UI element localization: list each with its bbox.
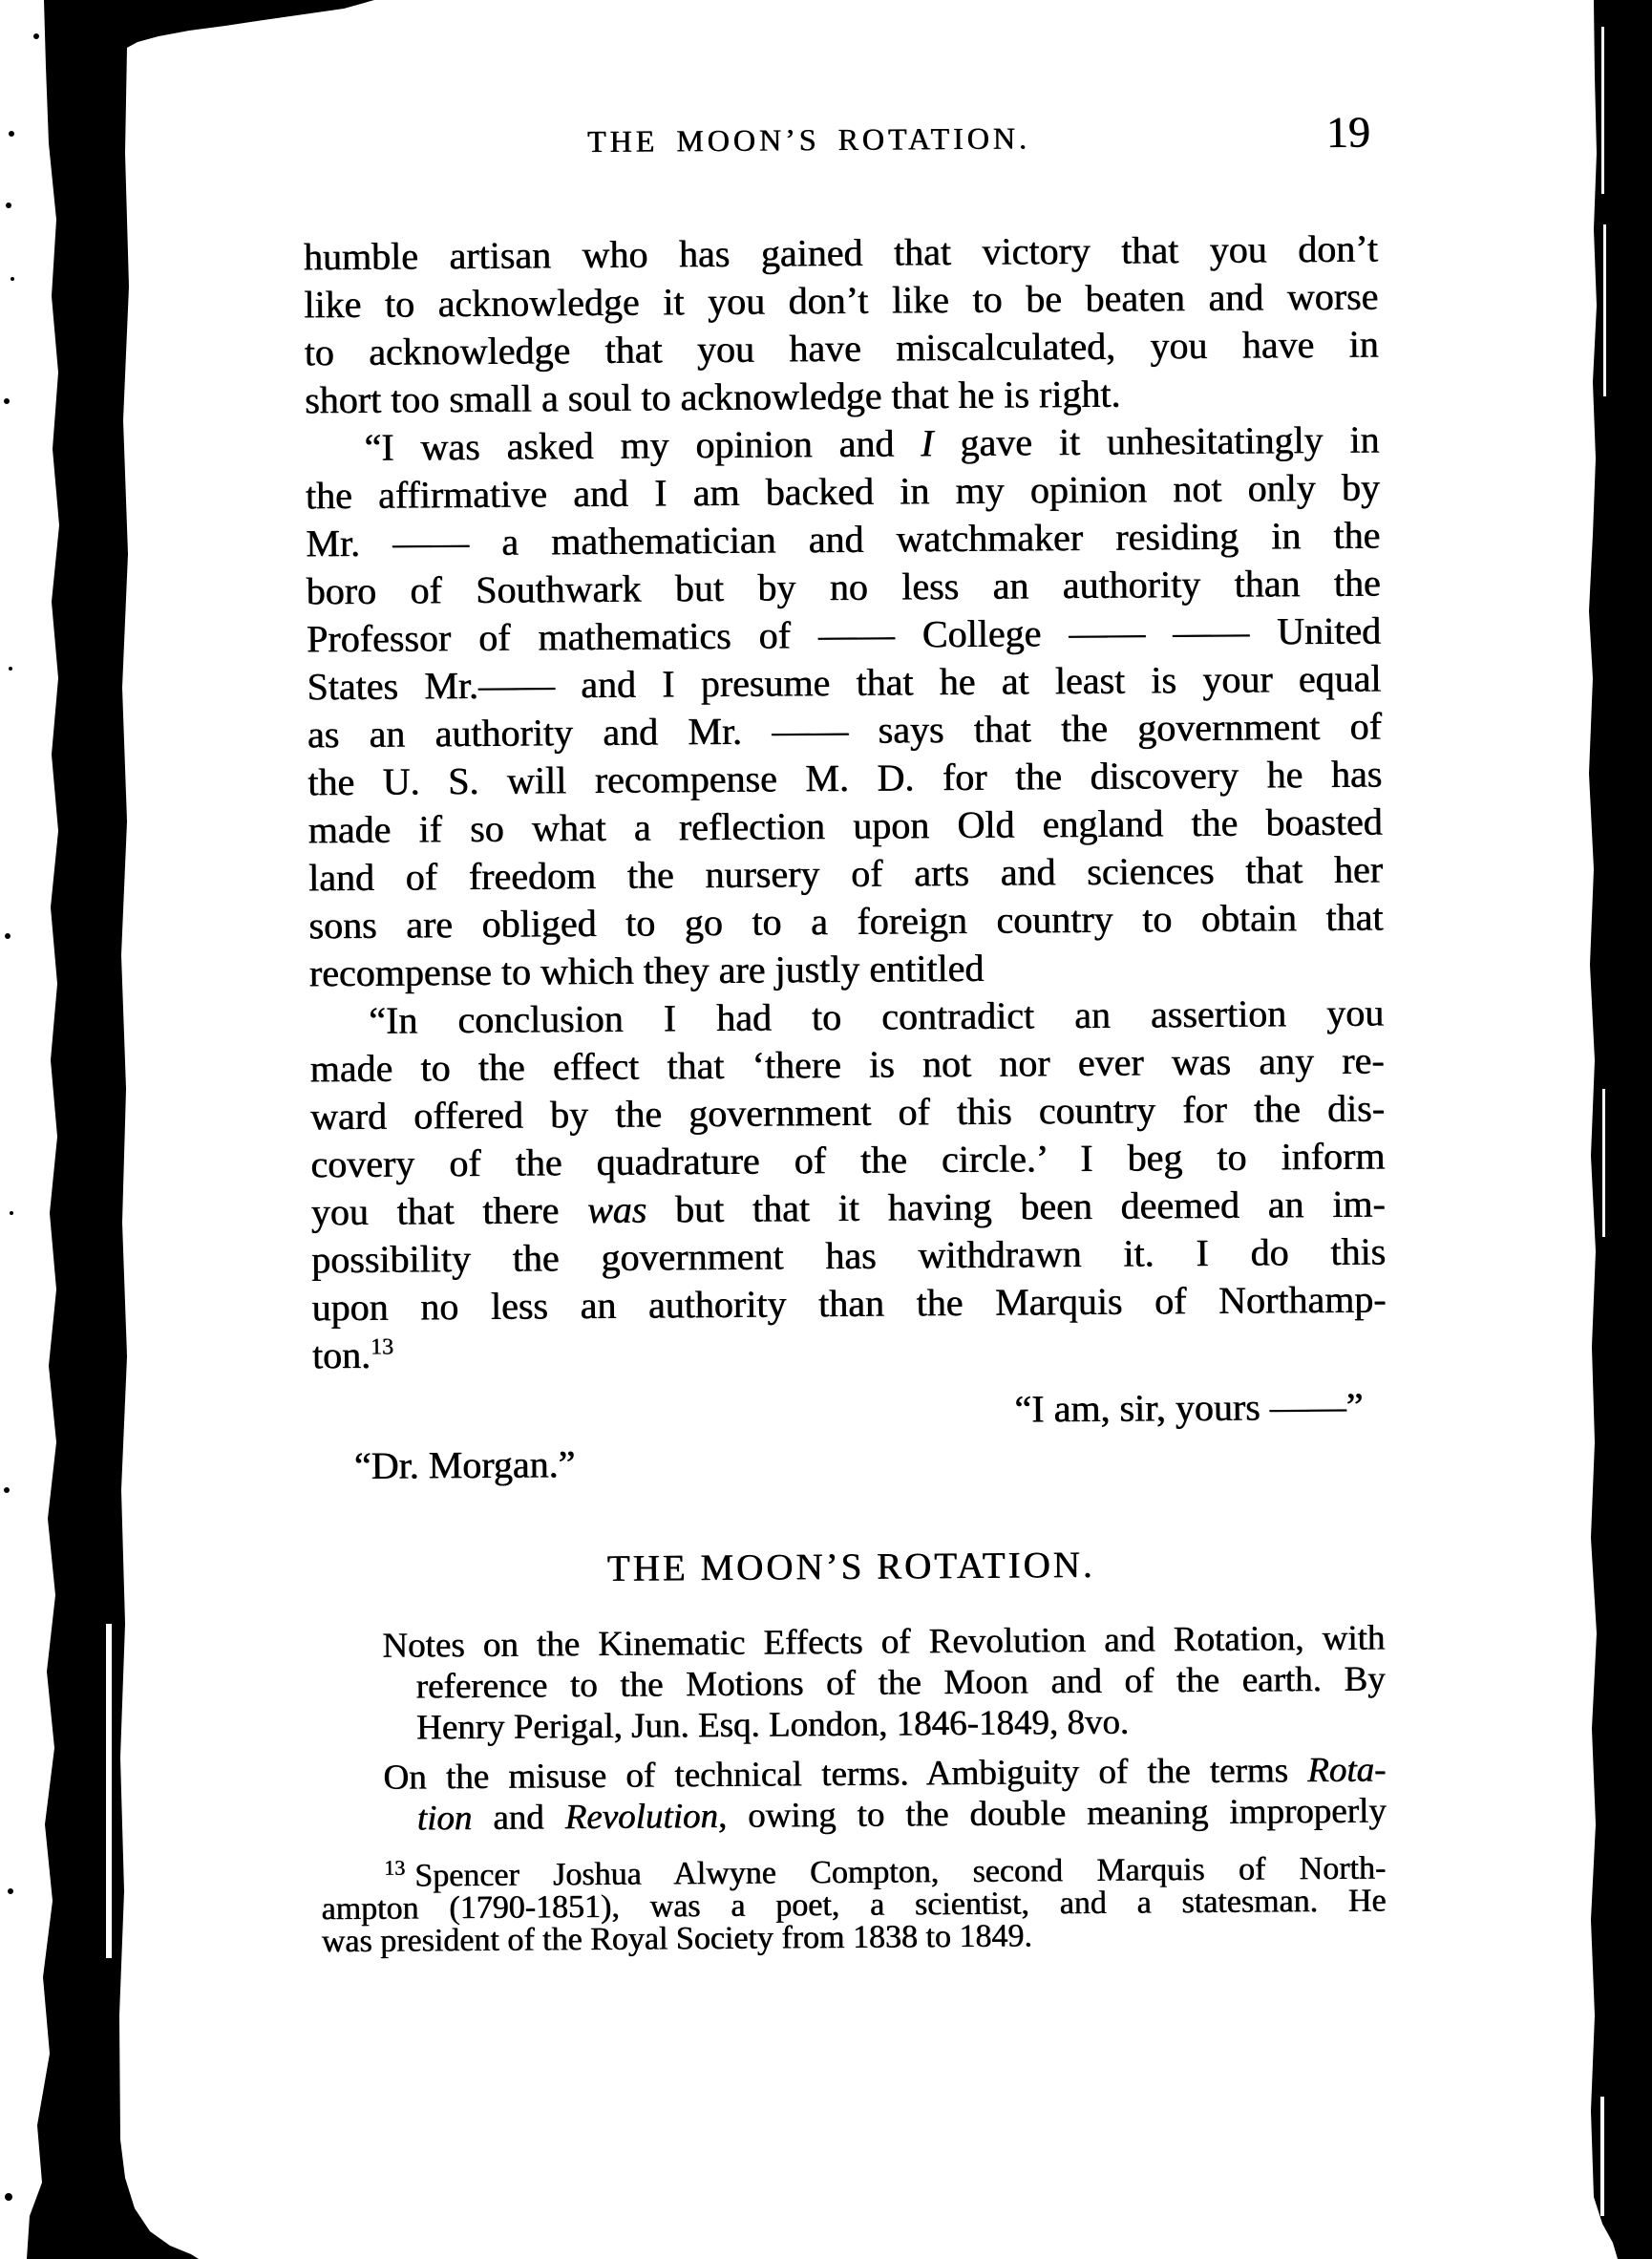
italic-segment: was [587,1187,647,1230]
note-line: reference to the Motions of the Moon and… [415,1658,1385,1707]
text-segment: owing to the double meaning improperly [727,1791,1387,1835]
bibliographic-notes: Notes on the Kinematic Effects of Revolu… [382,1617,1387,1839]
body-line: the U. S. will recompense M. D. for the … [307,750,1382,806]
body-line: States Mr.—— and I presume that he at le… [307,654,1381,711]
body-line: land of freedom the nursery of arts and … [308,845,1383,902]
body-line: made to the effect that ‘there is not no… [309,1036,1384,1093]
body-line: made if so what a reflection upon Old en… [307,798,1382,854]
footnote-block: 13Spencer Joshua Alwyne Compton, second … [321,1852,1387,1958]
body-line: Mr. —— a mathematician and watchmaker re… [306,511,1380,567]
text-segment: you that there [310,1188,587,1233]
body-line: like to acknowledge it you don’t like to… [304,272,1378,329]
body-line: short too small a soul to acknowledge th… [305,368,1379,424]
body-line: “I was asked my opinion and I gave it un… [305,416,1379,472]
body-line: ton.13 [312,1323,1387,1379]
note-line: tion and Revolution, owing to the double… [416,1790,1386,1839]
body-line: Professor of mathematics of —— College —… [307,607,1381,663]
text-segment: and [472,1798,565,1838]
italic-segment: I [921,421,934,464]
body-line: recompense to which they are justly enti… [309,941,1384,997]
body-line: “In conclusion I had to contradict an as… [309,989,1384,1045]
letter-signature: “Dr. Morgan.” [354,1440,576,1490]
letter-closing: “I am, sir, yours ——” [312,1383,1363,1439]
section-heading: THE MOON’S ROTATION. [313,1541,1387,1592]
footnote-marker: 13 [384,1855,405,1879]
body-line: ward offered by the government of this c… [310,1084,1385,1140]
body-line: as an authority and Mr. —— says that the… [307,702,1382,758]
body-line: the affirmative and I am backed in my op… [306,463,1380,520]
page-content: THE MOON’S ROTATION. 19 humble artisan w… [0,0,1652,2259]
footnote-reference: 13 [371,1334,393,1359]
body-line: upon no less an authority than the Marqu… [311,1275,1386,1332]
body-line: sons are obliged to go to a foreign coun… [308,893,1383,949]
book-page-scan: THE MOON’S ROTATION. 19 humble artisan w… [0,0,1652,2259]
note-line: Henry Perigal, Jun. Esq. London, 1846-18… [416,1699,1386,1748]
body-text-column: humble artisan who has gained that victo… [304,224,1387,1379]
body-line: boro of Southwark but by no less an auth… [306,559,1380,615]
running-header-title: THE MOON’S ROTATION. [303,118,1315,161]
italic-segment: tion [416,1799,472,1838]
body-line: humble artisan who has gained that victo… [304,224,1378,281]
body-line: possibility the government has withdrawn… [311,1227,1386,1284]
body-line: to acknowledge that you have miscalculat… [304,320,1378,376]
body-line: you that there was but that it having be… [310,1180,1385,1236]
text-segment: gave it unhesitatingly in [933,417,1379,464]
page-number: 19 [1326,106,1370,157]
text-segment: “I was asked my opinion and [364,421,921,469]
italic-segment: Revolution, [564,1797,727,1837]
italic-segment: Rota- [1307,1750,1387,1790]
text-segment: ton. [312,1333,371,1376]
footnote-line: was president of the Royal Society from … [322,1917,1387,1958]
text-segment: but that it having been deemed an im- [646,1182,1386,1230]
text-segment: On the misuse of technical terms. Ambigu… [383,1751,1307,1798]
body-line: covery of the quadrature of the circle.’… [310,1132,1385,1188]
